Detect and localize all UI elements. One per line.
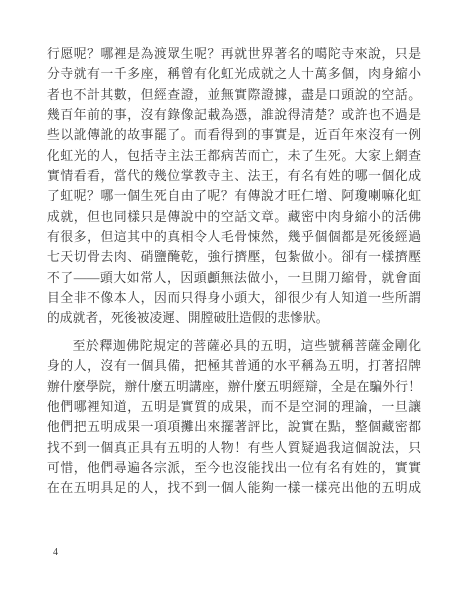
text-line: 找不到一個真正具有五明的人物！有些人質疑過我這個說法，只 bbox=[47, 438, 421, 458]
text-line: 七天切骨去肉、硝鹽醃乾，強行擠壓，包紮做小。卻有一樣擠壓 bbox=[47, 247, 421, 267]
document-page: 行愿呢？哪裡是為渡眾生呢？再就世界著名的噶陀寺來說，只是 分寺就有一千多座，稱曾… bbox=[0, 0, 464, 600]
text-line: 了虹呢？哪一個生死自由了呢？有傳說才旺仁增、阿瓊喇嘛化虹 bbox=[47, 186, 421, 206]
text-line: 目全非不像本人，因而只得身小頭大，卻很少有人知道一些所謂 bbox=[47, 288, 421, 308]
text-line: 幾百年前的事，沒有錄像記載為憑，誰說得清楚？或許也不過是 bbox=[47, 105, 421, 125]
paragraph-2: 至於釋迦佛陀規定的菩薩必具的五明，這些號稱菩薩金剛化 身的人，沒有一個具備，把極… bbox=[47, 336, 421, 499]
text-line: 者也不計其數，但經查證，並無實際證據，盡是口頭說的空話。 bbox=[47, 85, 421, 105]
text-line: 化虹光的人，包括寺主法王都病苦而亡，未了生死。大家上網查 bbox=[47, 146, 421, 166]
text-line: 的成就者，死後被凌遲、開膛破肚造假的悲慘狀。 bbox=[47, 308, 421, 328]
text-line: 在在五明具足的人，找不到一個人能夠一樣一樣亮出他的五明成 bbox=[47, 478, 421, 498]
text-line: 辦什麼學院，辦什麼五明講座，辦什麼五明經辯，全是在騙外行！ bbox=[47, 377, 421, 397]
paragraph-1: 行愿呢？哪裡是為渡眾生呢？再就世界著名的噶陀寺來說，只是 分寺就有一千多座，稱曾… bbox=[47, 44, 421, 329]
text-line: 成就，但也同樣只是傳說中的空話文章。藏密中肉身縮小的活佛 bbox=[47, 207, 421, 227]
text-line: 些以訛傳訛的故事罷了。而看得到的事實是，近百年來沒有一例 bbox=[47, 125, 421, 145]
text-line: 可惜，他們尋遍各宗派，至今也沒能找出一位有名有姓的，實實 bbox=[47, 458, 421, 478]
text-line: 有很多，但這其中的真相令人毛骨悚然，幾乎個個都是死後經過 bbox=[47, 227, 421, 247]
text-line: 實情看看，當代的幾位掌教寺主、法王，有名有姓的哪一個化成 bbox=[47, 166, 421, 186]
text-line: 不了——頭大如常人，因頭顱無法做小，一旦開刀縮骨，就會面 bbox=[47, 268, 421, 288]
body-text: 行愿呢？哪裡是為渡眾生呢？再就世界著名的噶陀寺來說，只是 分寺就有一千多座，稱曾… bbox=[47, 44, 421, 499]
text-line: 分寺就有一千多座，稱曾有化虹光成就之人十萬多個，肉身縮小 bbox=[47, 64, 421, 84]
text-line: 他們哪裡知道，五明是實質的成果，而不是空洞的理論，一旦讓 bbox=[47, 397, 421, 417]
page-number: 4 bbox=[53, 547, 58, 559]
text-line: 他們把五明成果一項項攤出來擺著評比，說實在點，整個藏密都 bbox=[47, 417, 421, 437]
text-line: 行愿呢？哪裡是為渡眾生呢？再就世界著名的噶陀寺來說，只是 bbox=[47, 44, 421, 64]
text-line: 身的人，沒有一個具備，把極其普通的水平稱為五明，打著招牌 bbox=[47, 356, 421, 376]
text-line: 至於釋迦佛陀規定的菩薩必具的五明，這些號稱菩薩金剛化 bbox=[47, 336, 421, 356]
